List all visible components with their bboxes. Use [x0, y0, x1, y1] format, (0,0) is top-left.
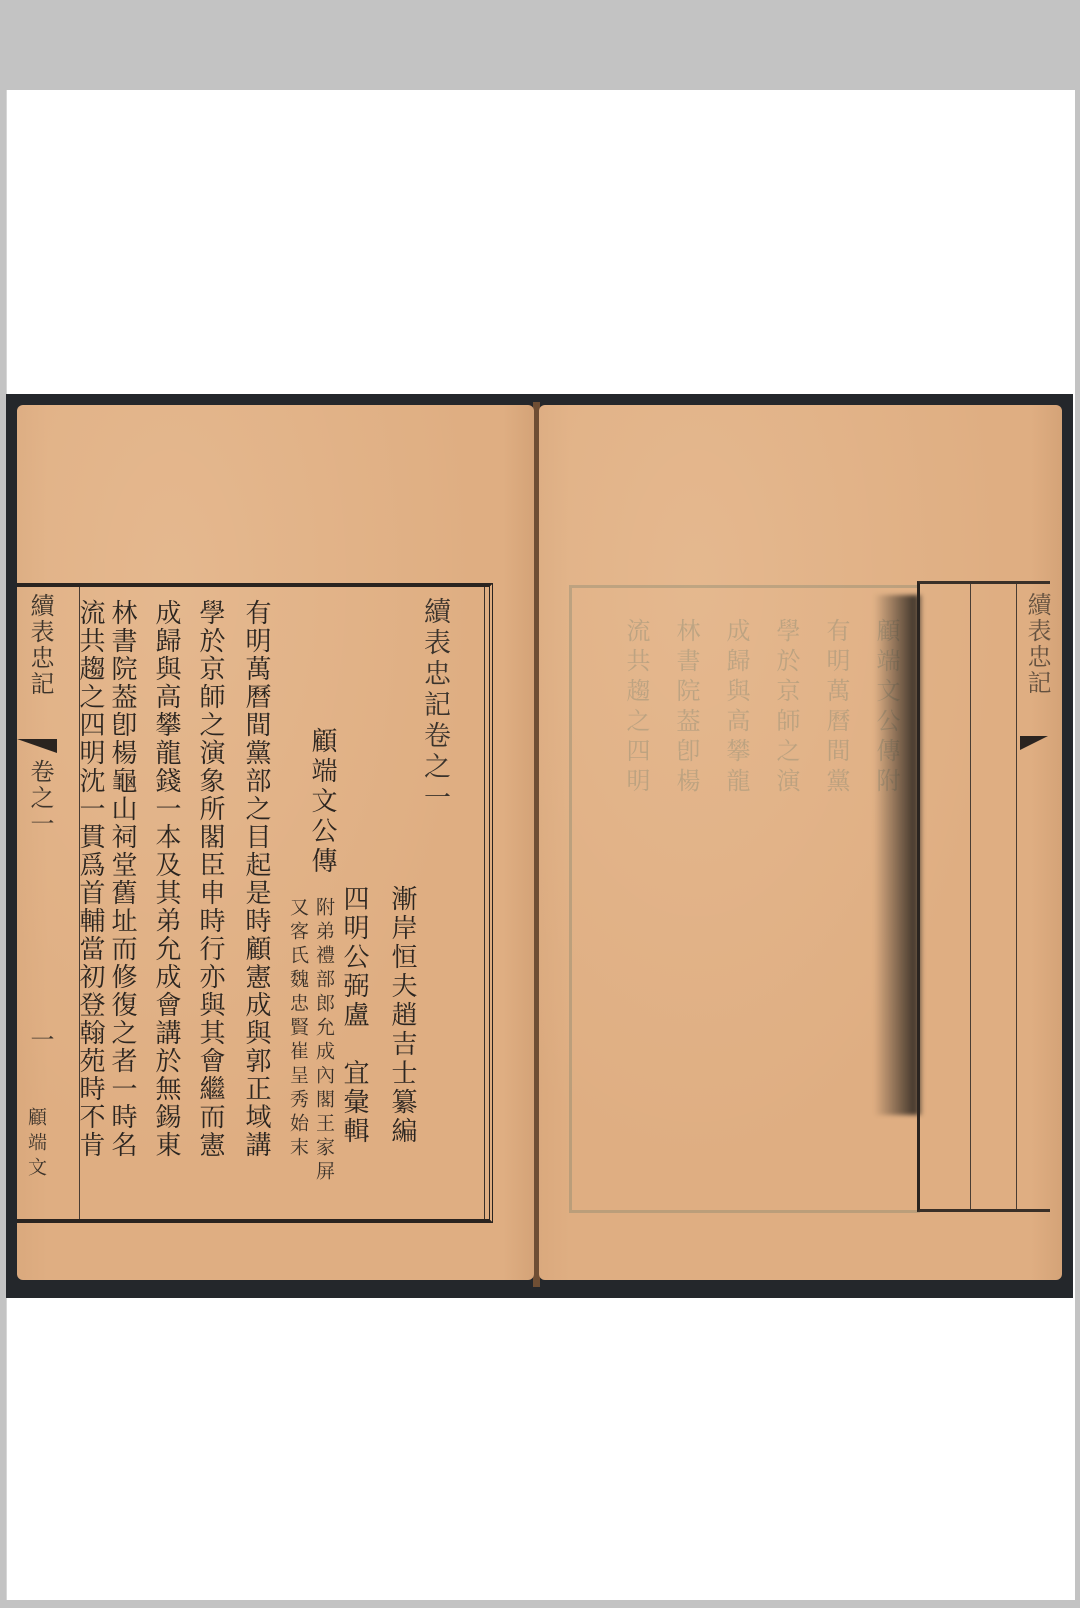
ink-smudge	[874, 595, 922, 1115]
fishtail-ornament-icon	[17, 739, 57, 753]
column-rule	[1016, 584, 1017, 1209]
left-page: 續表忠記 卷之一 一 顧端文 續表忠記卷之一 漸岸恒夫趙吉士纂編 四明公弼盧 宜…	[17, 405, 534, 1280]
body-column-1: 有明萬曆間黨部之目起是時顧憲成與郭正域講	[241, 599, 271, 1159]
body-column-4: 林書院葢卽楊龜山祠堂舊址而修復之者一時名	[107, 599, 137, 1159]
book-scan: 續表忠記 卷之一 一 顧端文 續表忠記卷之一 漸岸恒夫趙吉士纂編 四明公弼盧 宜…	[6, 394, 1073, 1298]
banxin-book-title-right: 續表忠記	[1020, 592, 1055, 696]
banxin-center-column: 續表忠記 卷之一 一 顧端文	[17, 587, 80, 1219]
body-column-2: 學於京師之演象所閣臣申時行亦與其會繼而憲	[195, 599, 225, 1159]
column-rule	[970, 584, 971, 1209]
fishtail-ornament-icon	[1020, 736, 1048, 750]
ghost-text: 流共趨之四明	[622, 618, 650, 798]
banxin-section: 顧端文	[23, 1107, 50, 1182]
body-column-3: 成歸與高攀龍錢一本及其弟允成會講於無錫東	[151, 599, 181, 1159]
author-line: 漸岸恒夫趙吉士纂編	[387, 885, 417, 1146]
ghost-text: 學於京師之演	[772, 618, 800, 798]
banxin-book-title: 續表忠記	[23, 593, 58, 697]
banxin-page-number: 一	[23, 1027, 58, 1053]
biography-title: 顧端文公傳	[307, 727, 337, 877]
printed-frame-left: 續表忠記 卷之一 一 顧端文 續表忠記卷之一 漸岸恒夫趙吉士纂編 四明公弼盧 宜…	[17, 583, 493, 1223]
ghost-text: 成歸與高攀龍	[722, 618, 750, 798]
ghost-text: 有明萬曆間黨	[822, 618, 850, 798]
volume-title: 續表忠記卷之一	[419, 597, 449, 814]
editor-line: 四明公弼盧 宜彙輯	[339, 885, 369, 1146]
annotation-line-2: 又客氏魏忠賢崔呈秀始末	[283, 897, 313, 1161]
ghost-text: 林書院葢卽楊	[672, 618, 700, 798]
annotation-line-1: 附弟禮部郎允成內閣王家屏	[309, 897, 339, 1185]
right-page: 顧端文公傳附 有明萬曆間黨 學於京師之演 成歸與高攀龍 林書院葢卽楊 流共趨之四…	[539, 405, 1062, 1280]
show-through-frame: 顧端文公傳附 有明萬曆間黨 學於京師之演 成歸與高攀龍 林書院葢卽楊 流共趨之四…	[569, 585, 920, 1213]
body-column-5: 流共趨之四明沈一貫爲首輔當初登翰苑時不肯	[75, 599, 105, 1159]
printed-frame-right: 續表忠記	[917, 581, 1050, 1212]
banxin-volume: 卷之一	[23, 759, 58, 837]
